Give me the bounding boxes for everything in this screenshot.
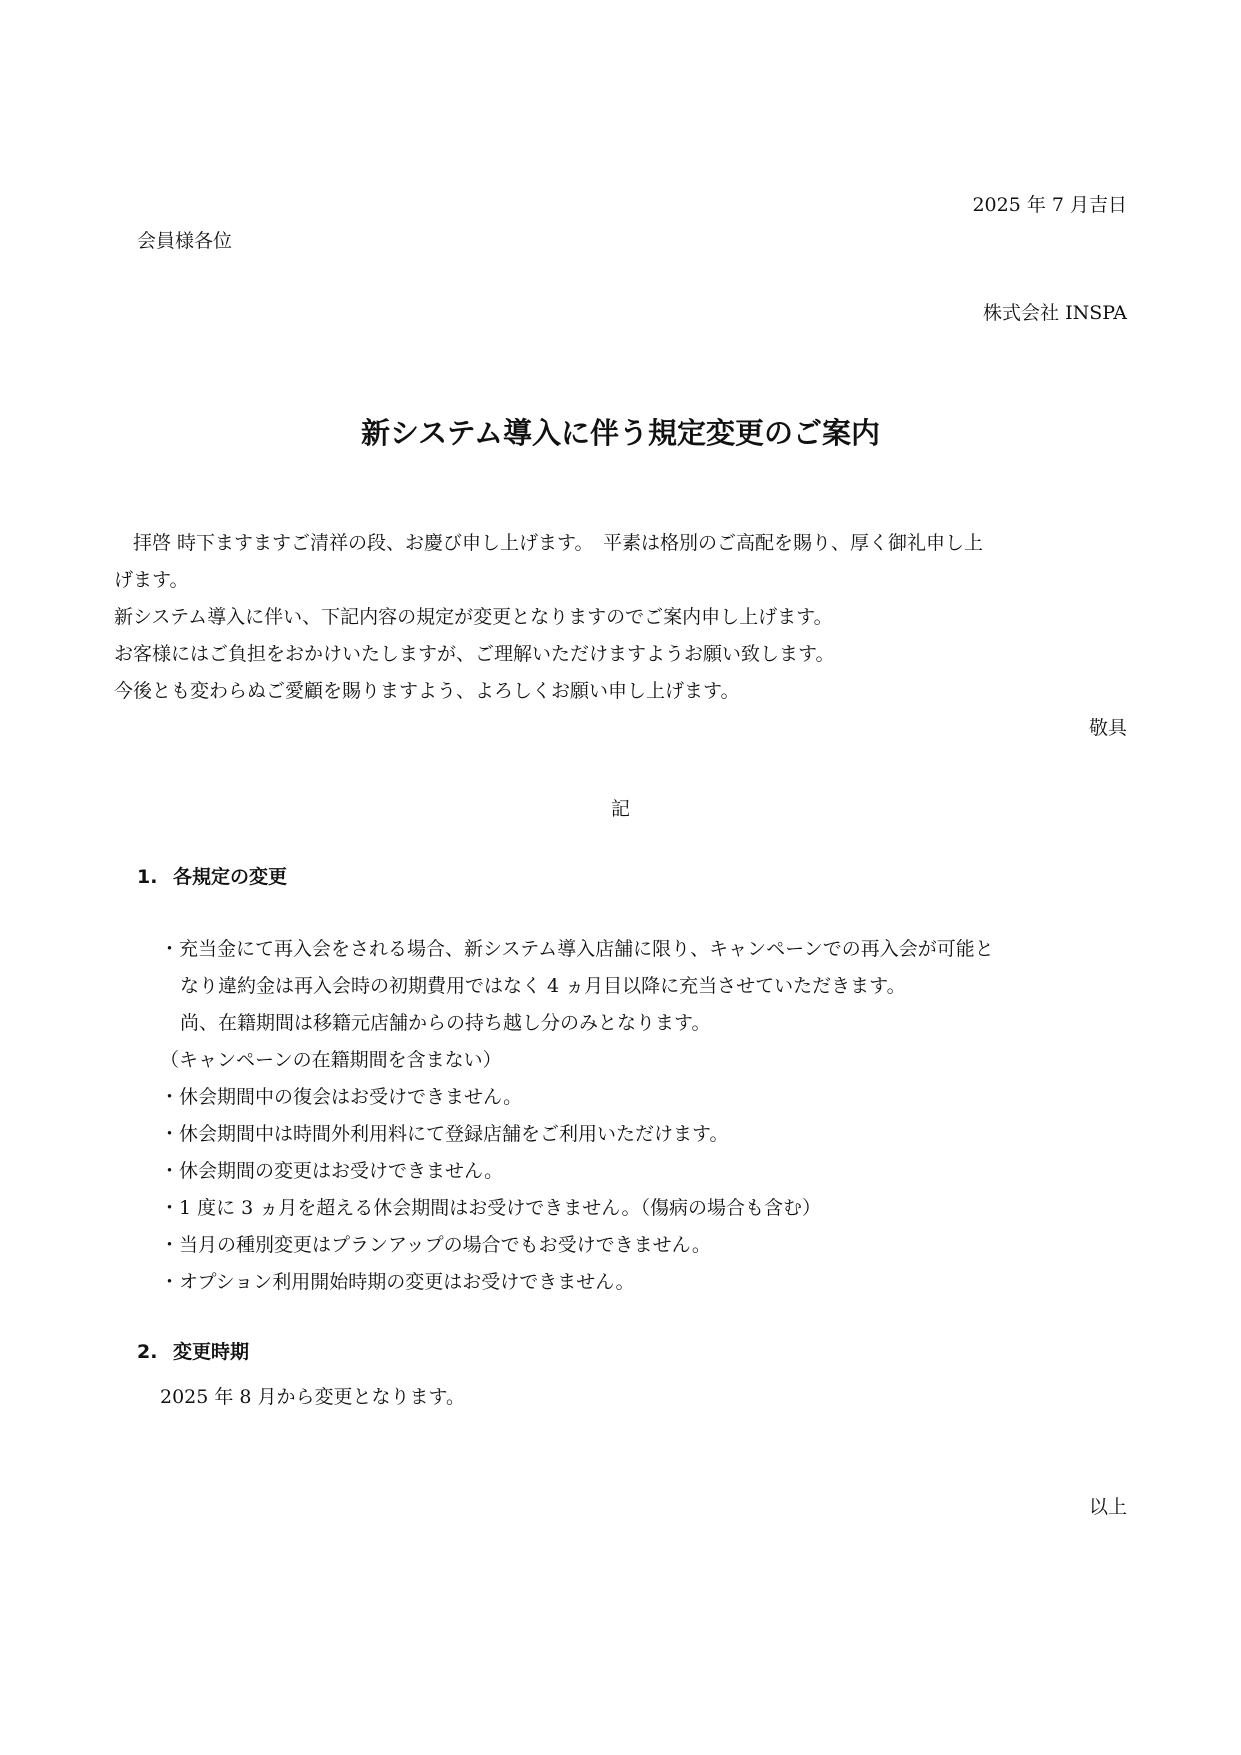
list-item: ・休会期間中は時間外利用料にて登録店舗をご利用いただけます。 bbox=[160, 1122, 729, 1146]
list-item-continuation: なり違約金は再入会時の初期費用ではなく 4 ヵ月目以降に充当させていただきます。 bbox=[180, 974, 906, 998]
greeting-line: 今後とも変わらぬご愛顧を賜りますよう、よろしくお願い申し上げます。 bbox=[114, 679, 739, 703]
recipient: 会員様各位 bbox=[137, 229, 232, 253]
greeting-line: 拝啓 時下ますますご清祥の段、お慶び申し上げます。 平素は格別のご高配を賜り、厚… bbox=[114, 531, 983, 555]
greeting-line: お客様にはご負担をおかけいたしますが、ご理解いただけますようお願い致します。 bbox=[114, 642, 834, 666]
bullet-dot: ・ bbox=[160, 1123, 179, 1145]
list-item: ・休会期間中の復会はお受けできません。 bbox=[160, 1085, 522, 1109]
bullet-dot: ・ bbox=[160, 1271, 179, 1293]
bullet-dot: ・ bbox=[160, 938, 179, 960]
bullet-dot: ・ bbox=[160, 1234, 179, 1256]
section-heading-1: 1.各規定の変更 bbox=[137, 865, 287, 889]
bullet-dot: ・ bbox=[160, 1086, 179, 1108]
list-item-continuation: 尚、在籍期間は移籍元店舗からの持ち越し分のみとなります。 bbox=[180, 1011, 710, 1035]
greeting-line: 新システム導入に伴い、下記内容の規定が変更となりますのでご案内申し上げます。 bbox=[114, 605, 833, 629]
closing-word-keigu: 敬具 bbox=[1089, 716, 1127, 740]
change-date-text: 2025 年 8 月から変更となります。 bbox=[160, 1385, 465, 1409]
section-number: 2. bbox=[137, 1340, 173, 1364]
closing-ijo: 以上 bbox=[1089, 1495, 1127, 1519]
list-item: ・1 度に 3 ヵ月を超える休会期間はお受けできません。（傷病の場合も含む） bbox=[160, 1196, 821, 1220]
section-title: 変更時期 bbox=[173, 1341, 249, 1363]
list-item: ・当月の種別変更はプランアップの場合でもお受けできません。 bbox=[160, 1233, 711, 1257]
ki-marker: 記 bbox=[0, 797, 1241, 821]
list-item-note: （キャンペーンの在籍期間を含まない） bbox=[160, 1048, 502, 1072]
greeting-line: げます。 bbox=[114, 568, 188, 592]
list-item: ・オプション利用開始時期の変更はお受けできません。 bbox=[160, 1270, 634, 1294]
section-heading-2: 2.変更時期 bbox=[137, 1340, 249, 1364]
section-number: 1. bbox=[137, 865, 173, 889]
list-item: ・休会期間の変更はお受けできません。 bbox=[160, 1159, 503, 1183]
sender-company: 株式会社 INSPA bbox=[983, 301, 1127, 325]
list-item: ・充当金にて再入会をされる場合、新システム導入店舗に限り、キャンペーンでの再入会… bbox=[160, 937, 994, 961]
document-date: 2025 年 7 月吉日 bbox=[972, 193, 1127, 217]
page-title: 新システム導入に伴う規定変更のご案内 bbox=[0, 415, 1241, 451]
bullet-dot: ・ bbox=[160, 1160, 179, 1182]
bullet-dot: ・ bbox=[160, 1197, 179, 1219]
section-title: 各規定の変更 bbox=[173, 866, 287, 888]
